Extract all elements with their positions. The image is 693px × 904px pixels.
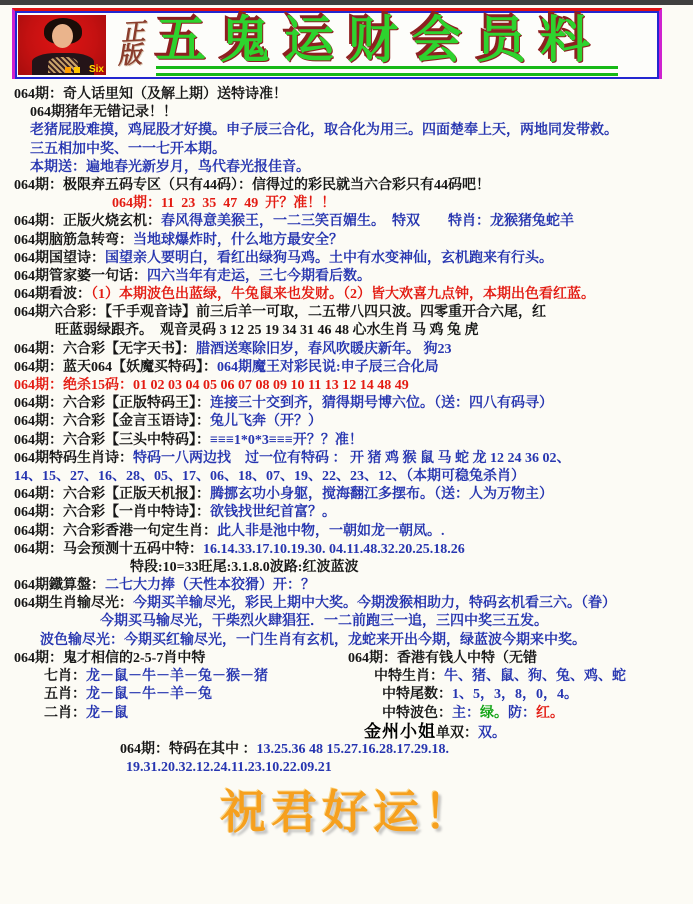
line-boseshuxinguang: 波色输尽光：今期买红输尽光，一门生肖有玄机，龙蛇来开出今期，绿蓝波今期来中奖。 xyxy=(0,632,693,650)
text-segment: 今期买马输尽光，干柴烈火肆猖狂．一二前跑三一追，三四中奖三五发。 xyxy=(100,614,548,629)
line-kanbo: 064期看波：（1）本期波色出蓝绿，牛兔鼠来也发财。（2）皆大欢喜九点钟，本期出… xyxy=(0,286,693,304)
text-segment: 064期管家婆一句话： xyxy=(14,269,147,284)
text-segment: 064期：六合彩【无字天书】： xyxy=(14,342,196,357)
line-poem-2: 三五相加中奖、一一七开本期。 xyxy=(0,141,693,159)
column-row: 064期：鬼才相信的2-5-7肖中特064期：香港有钱人中特（无错 xyxy=(0,650,693,668)
text-segment: 金州小姐 xyxy=(364,722,436,741)
text-segment: 064期：六合彩【三头中特码】： xyxy=(14,433,210,448)
line-mahui15: 064期：马会预测十五码中特：16.14.33.17.10.19.30. 04.… xyxy=(0,541,693,559)
text-segment: 连接三十交到齐，猜得期号博六位。（送：四八有码寻） xyxy=(210,396,553,411)
text-segment: 064期猪年无错记录！！ xyxy=(30,105,177,120)
line-shuxinguang-2: 今期买马输尽光，干柴烈火肆猖狂．一二前跑三一追，三四中奖三五发。 xyxy=(0,613,693,631)
line-huoshao: 064期：正版火烧玄机：春风得意美猴王，一二三笑百媚生。 特双 特肖：龙猴猪兔蛇… xyxy=(0,213,693,231)
text-segment: 064期：马会预测十五码中特： xyxy=(14,542,203,557)
stamp-char-bottom: 版 xyxy=(117,44,145,68)
line-jixian44: 064期：极限弃五码专区（只有44码）：信得过的彩民就当六合彩只有44码吧！ xyxy=(0,177,693,195)
column-left-cell: 064期：鬼才相信的2-5-7肖中特 xyxy=(0,650,334,668)
line-guowang: 064期国望诗：国望亲人要明白，看红出绿狗马鸡。土中有水变神仙，玄机跑来有行头。 xyxy=(0,250,693,268)
title-underline xyxy=(156,66,618,76)
text-segment: 064期魔王对彩民说:申子辰三合化局 xyxy=(217,360,439,375)
column-row: 七肖：龙－鼠－牛－羊－兔－猴－猪中特生肖：牛、猪、鼠、狗、兔、鸡、蛇 xyxy=(0,668,693,686)
blessing-text: 祝君好运！ xyxy=(220,776,475,842)
page-title: 五鬼运财会员料 xyxy=(156,15,618,65)
tips-content-lines: 064期：奇人话里知（及解上期）送特诗准！064期猪年无错记录！！老猪屁股难摸，… xyxy=(0,86,693,650)
line-teduan: 特段:10=33旺尾:3.1.8.0波路:红波蓝波 xyxy=(0,559,693,577)
column-row: 五肖：龙－鼠－牛－羊－兔中特尾数：1、5，3，8，0，4。 xyxy=(0,686,693,704)
text-segment: 064期：特码在其中 ： xyxy=(120,742,257,757)
column-row: 二肖：龙－鼠中特波色：主：绿。防：红。 xyxy=(0,705,693,723)
column-row: 金州小姐单双：双。 xyxy=(0,723,693,741)
hostess-photo: Six xyxy=(18,15,106,75)
column-left-cell xyxy=(0,723,364,741)
text-segment: 064期：六合彩香港一句定生肖： xyxy=(14,524,217,539)
text-segment: 龙－鼠－牛－羊－兔 xyxy=(86,687,212,702)
column-right-cell: 中特尾数：1、5，3，8，0，4。 xyxy=(364,686,693,704)
column-left-cell: 五肖：龙－鼠－牛－羊－兔 xyxy=(0,686,364,704)
text-segment: 腾挪玄功小身躯，搅海翻江多摆布。（送：人为万物主） xyxy=(210,487,553,502)
line-tiesuanpan: 064期鐵算盤：二七大力捧（天性本狡猾）开：？ xyxy=(0,577,693,595)
text-segment: 064期：鬼才相信的2-5-7肖中特 xyxy=(14,651,205,666)
text-segment: 二七大力捧（天性本狡猾）开：？ xyxy=(105,578,315,593)
authenticity-stamp: 正 版 xyxy=(106,21,160,69)
text-segment: 064期脑筋急转弯： xyxy=(14,233,133,248)
text-segment: 064期看波： xyxy=(14,287,91,302)
text-segment: 064期：六合彩【金言玉语诗】： xyxy=(14,414,210,429)
line-jinyan: 064期：六合彩【金言玉语诗】：兔儿飞奔（开？） xyxy=(0,413,693,431)
line-benqisong: 本期送：遍地春光新岁月，鸟代春光报佳音。 xyxy=(0,159,693,177)
line-naojin: 064期脑筋急转弯：当地球爆炸时，什么地方最安全？ xyxy=(0,232,693,250)
text-segment: 064期特码生肖诗： xyxy=(14,451,133,466)
text-segment: 中特波色： xyxy=(382,706,452,721)
text-segment: 三五相加中奖、一一七开本期。 xyxy=(30,142,226,157)
text-segment: 老猪屁股难摸，鸡屁股才好摸。申子辰三合化，取合化为用三。四面楚奉上天，两地同发带… xyxy=(30,123,618,138)
line-yixiao: 064期：六合彩【一肖中特诗】：欲钱找世纪首富？。 xyxy=(0,504,693,522)
line-shengxiaoshi-2: 14、15、27、16、28、05、17、06、18、07、19、22、23、1… xyxy=(0,468,693,486)
text-segment: 四六当年有走运，三七今期看后数。 xyxy=(147,269,371,284)
line-shengxiaoshi-1: 064期特码生肖诗：特码一八两边找 过一位有特码 ： 开 猪 鸡 猴 鼠 马 蛇… xyxy=(0,450,693,468)
text-segment: 064期：六合彩【一肖中特诗】： xyxy=(14,505,210,520)
text-segment: 1、5，3，8，0，4。 xyxy=(452,687,578,702)
text-segment: 特段:10=33旺尾:3.1.8.0波路:红波蓝波 xyxy=(130,560,358,575)
line-wuzitianshu: 064期：六合彩【无字天书】：腊酒送寒除旧岁，春风吹暖庆新年。 狗23 xyxy=(0,341,693,359)
text-segment: 064期：奇人话里知（及解上期）送特诗准！ xyxy=(14,87,287,102)
text-segment: 本期送：遍地春光新岁月，鸟代春光报佳音。 xyxy=(30,160,310,175)
text-segment: 13.25.36 48 15.27.16.28.17.29.18. xyxy=(257,742,450,757)
title-wrap: 五鬼运财会员料 xyxy=(156,14,618,76)
text-segment: 064期：正版火烧玄机： xyxy=(14,214,161,229)
line-qiren: 064期：奇人话里知（及解上期）送特诗准！ xyxy=(0,86,693,104)
text-segment: 064期：六合彩【正版天机报】： xyxy=(14,487,210,502)
column-right-cell: 中特生肖：牛、猪、鼠、狗、兔、鸡、蛇 xyxy=(364,668,693,686)
text-segment: 七肖： xyxy=(44,669,86,684)
text-segment: 双。 xyxy=(478,726,506,741)
line-red-numbers: 064期：11 23 35 47 49 开？准！！ xyxy=(0,195,693,213)
line-tianjibao: 064期：六合彩【正版天机报】：腾挪玄功小身躯，搅海翻江多摆布。（送：人为万物主… xyxy=(0,486,693,504)
text-segment: 波色输尽光：今期买红输尽光，一门生肖有玄机，龙蛇来开出今期，绿蓝波今期来中奖。 xyxy=(40,633,586,648)
text-segment: ≡≡≡1*0*3≡≡≡开？？准！ xyxy=(210,433,363,448)
text-segment: 特码一八两边找 过一位有特码 ： 开 猪 鸡 猴 鼠 马 蛇 龙 12 24 3… xyxy=(133,451,571,466)
text-segment: 064期鐵算盤： xyxy=(14,578,105,593)
line-santou: 064期：六合彩【三头中特码】：≡≡≡1*0*3≡≡≡开？？准！ xyxy=(0,432,693,450)
text-segment: 064期：11 23 35 47 49 开？准！！ xyxy=(112,196,335,211)
column-left-cell: 七肖：龙－鼠－牛－羊－兔－猴－猪 xyxy=(0,668,364,686)
text-segment: 旺蓝弱绿跟齐。 观音灵码 3 12 25 19 34 31 46 48 心水生肖… xyxy=(55,323,479,338)
text-segment: 二肖： xyxy=(44,706,86,721)
header-banner: Six 正 版 五鬼运财会员料 xyxy=(12,8,662,79)
line-yaomo: 064期：蓝天064【妖魔买特码】：064期魔王对彩民说:申子辰三合化局 xyxy=(0,359,693,377)
column-right-cell: 064期：香港有钱人中特（无错 xyxy=(334,650,693,668)
text-segment: （1）本期波色出蓝绿，牛兔鼠来也发财。（2）皆大欢喜九点钟，本期出色看红蓝。 xyxy=(91,287,595,302)
text-segment: 春风得意美猴王，一二三笑百媚生。 特双 特肖：龙猴猪兔蛇羊 xyxy=(161,214,574,229)
text-segment: 此人非是池中物，一朝如龙一朝凤。. xyxy=(217,524,445,539)
text-segment: 064期：极限弃五码专区（只有44码）：信得过的彩民就当六合彩只有44码吧！ xyxy=(14,178,490,193)
text-segment: 防： xyxy=(508,706,536,721)
line-shuxinguang-1: 064期生肖输尽光：今期买羊输尽光，彩民上期中大奖。今期泼猴相助力，特码玄机看三… xyxy=(0,595,693,613)
text-segment: 腊酒送寒除旧岁，春风吹暖庆新年。 狗23 xyxy=(196,342,452,357)
line-qianshou-1: 064期六合彩：【千手观音诗】前三后羊一可取，二五带八四只波。四零重开合六尾，红 xyxy=(0,304,693,322)
line-guanjiapo: 064期管家婆一句话：四六当年有走运，三七今期看后数。 xyxy=(0,268,693,286)
text-segment: 龙－鼠 xyxy=(86,706,128,721)
top-divider-bar xyxy=(0,0,693,5)
text-segment: 五肖： xyxy=(44,687,86,702)
column-right-cell: 金州小姐单双：双。 xyxy=(364,723,693,741)
photo-watermark-dot xyxy=(74,67,80,73)
text-segment: 当地球爆炸时，什么地方最安全？ xyxy=(133,233,343,248)
photo-watermark-text: Six xyxy=(89,64,104,75)
text-segment: 兔儿飞奔（开？） xyxy=(210,414,322,429)
text-segment: 绿。 xyxy=(480,706,508,721)
text-segment: 中特生肖： xyxy=(374,669,444,684)
column-right-cell: 中特波色：主：绿。防：红。 xyxy=(364,705,693,723)
line-juesha15: 064期：绝杀15码：01 02 03 04 05 06 07 08 09 10… xyxy=(0,377,693,395)
two-column-section: 064期：鬼才相信的2-5-7肖中特064期：香港有钱人中特（无错七肖：龙－鼠－… xyxy=(0,650,693,741)
text-segment: 国望亲人要明白，看红出绿狗马鸡。土中有水变神仙，玄机跑来有行头。 xyxy=(105,251,553,266)
text-segment: 今期买羊输尽光，彩民上期中大奖。今期泼猴相助力，特码玄机看三六。（眷） xyxy=(133,596,616,611)
text-segment: 064期：绝杀15码：01 02 03 04 05 06 07 08 09 10… xyxy=(14,378,409,393)
text-segment: 主： xyxy=(452,706,480,721)
line-tema-qizhong-2: 19.31.20.32.12.24.11.23.10.22.09.21 xyxy=(0,759,693,777)
line-poem-1: 老猪屁股难摸，鸡屁股才好摸。申子辰三合化，取合化为用三。四面楚奉上天，两地同发带… xyxy=(0,122,693,140)
text-segment: 单双： xyxy=(436,726,478,741)
line-qianshou-2: 旺蓝弱绿跟齐。 观音灵码 3 12 25 19 34 31 46 48 心水生肖… xyxy=(0,322,693,340)
text-segment: 064期生肖输尽光： xyxy=(14,596,133,611)
line-yijudingshengxiao: 064期：六合彩香港一句定生肖：此人非是池中物，一朝如龙一朝凤。. xyxy=(0,523,693,541)
text-segment: 欲钱找世纪首富？。 xyxy=(210,505,336,520)
photo-watermark-dot xyxy=(65,67,71,73)
text-segment: 064期国望诗： xyxy=(14,251,105,266)
line-pig-record: 064期猪年无错记录！！ xyxy=(0,104,693,122)
page: Six 正 版 五鬼运财会员料 064期：奇人话里知（及解上期）送特诗准！064… xyxy=(0,0,693,904)
text-segment: 16.14.33.17.10.19.30. 04.11.48.32.20.25.… xyxy=(203,542,465,557)
special-numbers-lines: 064期：特码在其中 ：13.25.36 48 15.27.16.28.17.2… xyxy=(0,741,693,777)
text-segment: 064期六合彩：【千手观音诗】前三后羊一可取，二五带八四只波。四零重开合六尾，红 xyxy=(14,305,546,320)
text-segment: 牛、猪、鼠、狗、兔、鸡、蛇 xyxy=(444,669,626,684)
line-temawang: 064期：六合彩【正版特码王】：连接三十交到齐，猜得期号博六位。（送：四八有码寻… xyxy=(0,395,693,413)
text-segment: 14、15、27、16、28、05、17、06、18、07、19、22、23、1… xyxy=(14,469,525,484)
line-tema-qizhong-1: 064期：特码在其中 ：13.25.36 48 15.27.16.28.17.2… xyxy=(0,741,693,759)
text-segment: 064期：香港有钱人中特（无错 xyxy=(348,651,537,666)
column-left-cell: 二肖：龙－鼠 xyxy=(0,705,364,723)
text-segment: 红。 xyxy=(536,706,564,721)
header-inner-frame: Six 正 版 五鬼运财会员料 xyxy=(15,11,659,79)
text-segment: 064期：蓝天064【妖魔买特码】： xyxy=(14,360,217,375)
text-segment: 064期：六合彩【正版特码王】： xyxy=(14,396,210,411)
photo-face-shape xyxy=(52,24,73,48)
text-segment: 19.31.20.32.12.24.11.23.10.22.09.21 xyxy=(126,760,332,775)
text-segment: 龙－鼠－牛－羊－兔－猴－猪 xyxy=(86,669,268,684)
text-segment: 中特尾数： xyxy=(382,687,452,702)
